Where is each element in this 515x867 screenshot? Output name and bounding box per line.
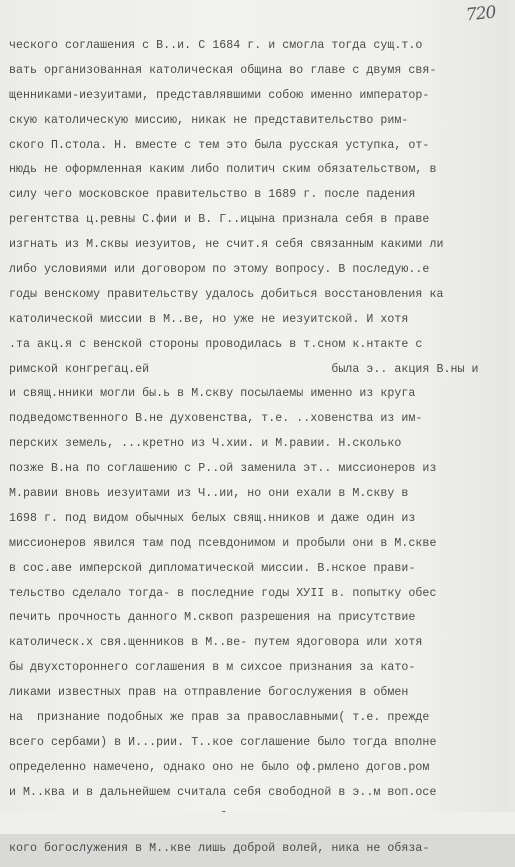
typewritten-body: ческого соглашения с В..и. С 1684 г. и с… — [9, 34, 509, 834]
text-line: 1698 г. под видом обычных белых свящ.нни… — [9, 507, 509, 532]
text-line: ликами известных прав на отправление бог… — [9, 681, 509, 706]
text-line: скую католическую миссию, никак не предс… — [9, 109, 509, 134]
text-line: вать организованная католическая община … — [9, 59, 509, 84]
text-line: изгнать из М.сквы иезуитов, не счит.я се… — [9, 233, 509, 258]
text-line: регентства ц.ревны С.фии и В. Г..ицына п… — [9, 208, 509, 233]
text-line: перских земель, ...кретно из Ч.хии. и М.… — [9, 432, 509, 457]
text-line: бы двухстороннего соглашения в м сихсое … — [9, 656, 509, 681]
text-line: миссионеров явился там под псевдонимом и… — [9, 532, 509, 557]
text-line: римской конгрегац.ей была э.. акция В.ны… — [9, 358, 509, 383]
text-line: на признание подобных же прав за правосл… — [9, 706, 509, 731]
text-line: католической миссии в М..ве, но уже не и… — [9, 308, 509, 333]
text-line: нюдь не оформленная каким либо политич с… — [9, 158, 509, 183]
text-line: подведомственного В.не духовенства, т.е.… — [9, 407, 509, 432]
text-line: определенно намечено, однако оно не было… — [9, 756, 509, 781]
text-line: ческого соглашения с В..и. С 1684 г. и с… — [9, 34, 509, 59]
text-line: силу чего московское правительство в 168… — [9, 183, 509, 208]
text-line: либо условиями или договором по этому во… — [9, 258, 509, 283]
text-line: .та акц.я с венской стороны проводилась … — [9, 333, 509, 358]
text-line: всего сербами) в И...рии. Т..кое соглаше… — [9, 731, 509, 756]
text-line: печить прочность данного М.сквоп разреше… — [9, 606, 509, 631]
text-line: ского П.стола. Н. вместе с тем это была … — [9, 134, 509, 159]
page-edge — [508, 0, 515, 834]
scan-margin — [0, 812, 515, 834]
text-line: щенниками-иезуитами, представлявшими соб… — [9, 84, 509, 109]
document-page: 720 ческого соглашения с В..и. С 1684 г.… — [0, 0, 510, 812]
text-line: и свящ.нники могли бы.ь в М.скву посылае… — [9, 382, 509, 407]
text-line: в сос.аве имперской дипломатической мисс… — [9, 557, 509, 582]
text-line: тельство сделало тогда- в последние годы… — [9, 582, 509, 607]
text-line: М.равии вновь иезуитами из Ч..ии, но они… — [9, 482, 509, 507]
text-line: годы венскому правительству удалось доби… — [9, 283, 509, 308]
page-number: 720 — [465, 3, 496, 26]
text-line: католическ.х свя.щенников в М..ве- путем… — [9, 631, 509, 656]
text-line: позже В.на по соглашению с Р..ой заменил… — [9, 457, 509, 482]
text-line: и М..ква и в дальнейшем считала себя сво… — [9, 781, 509, 806]
